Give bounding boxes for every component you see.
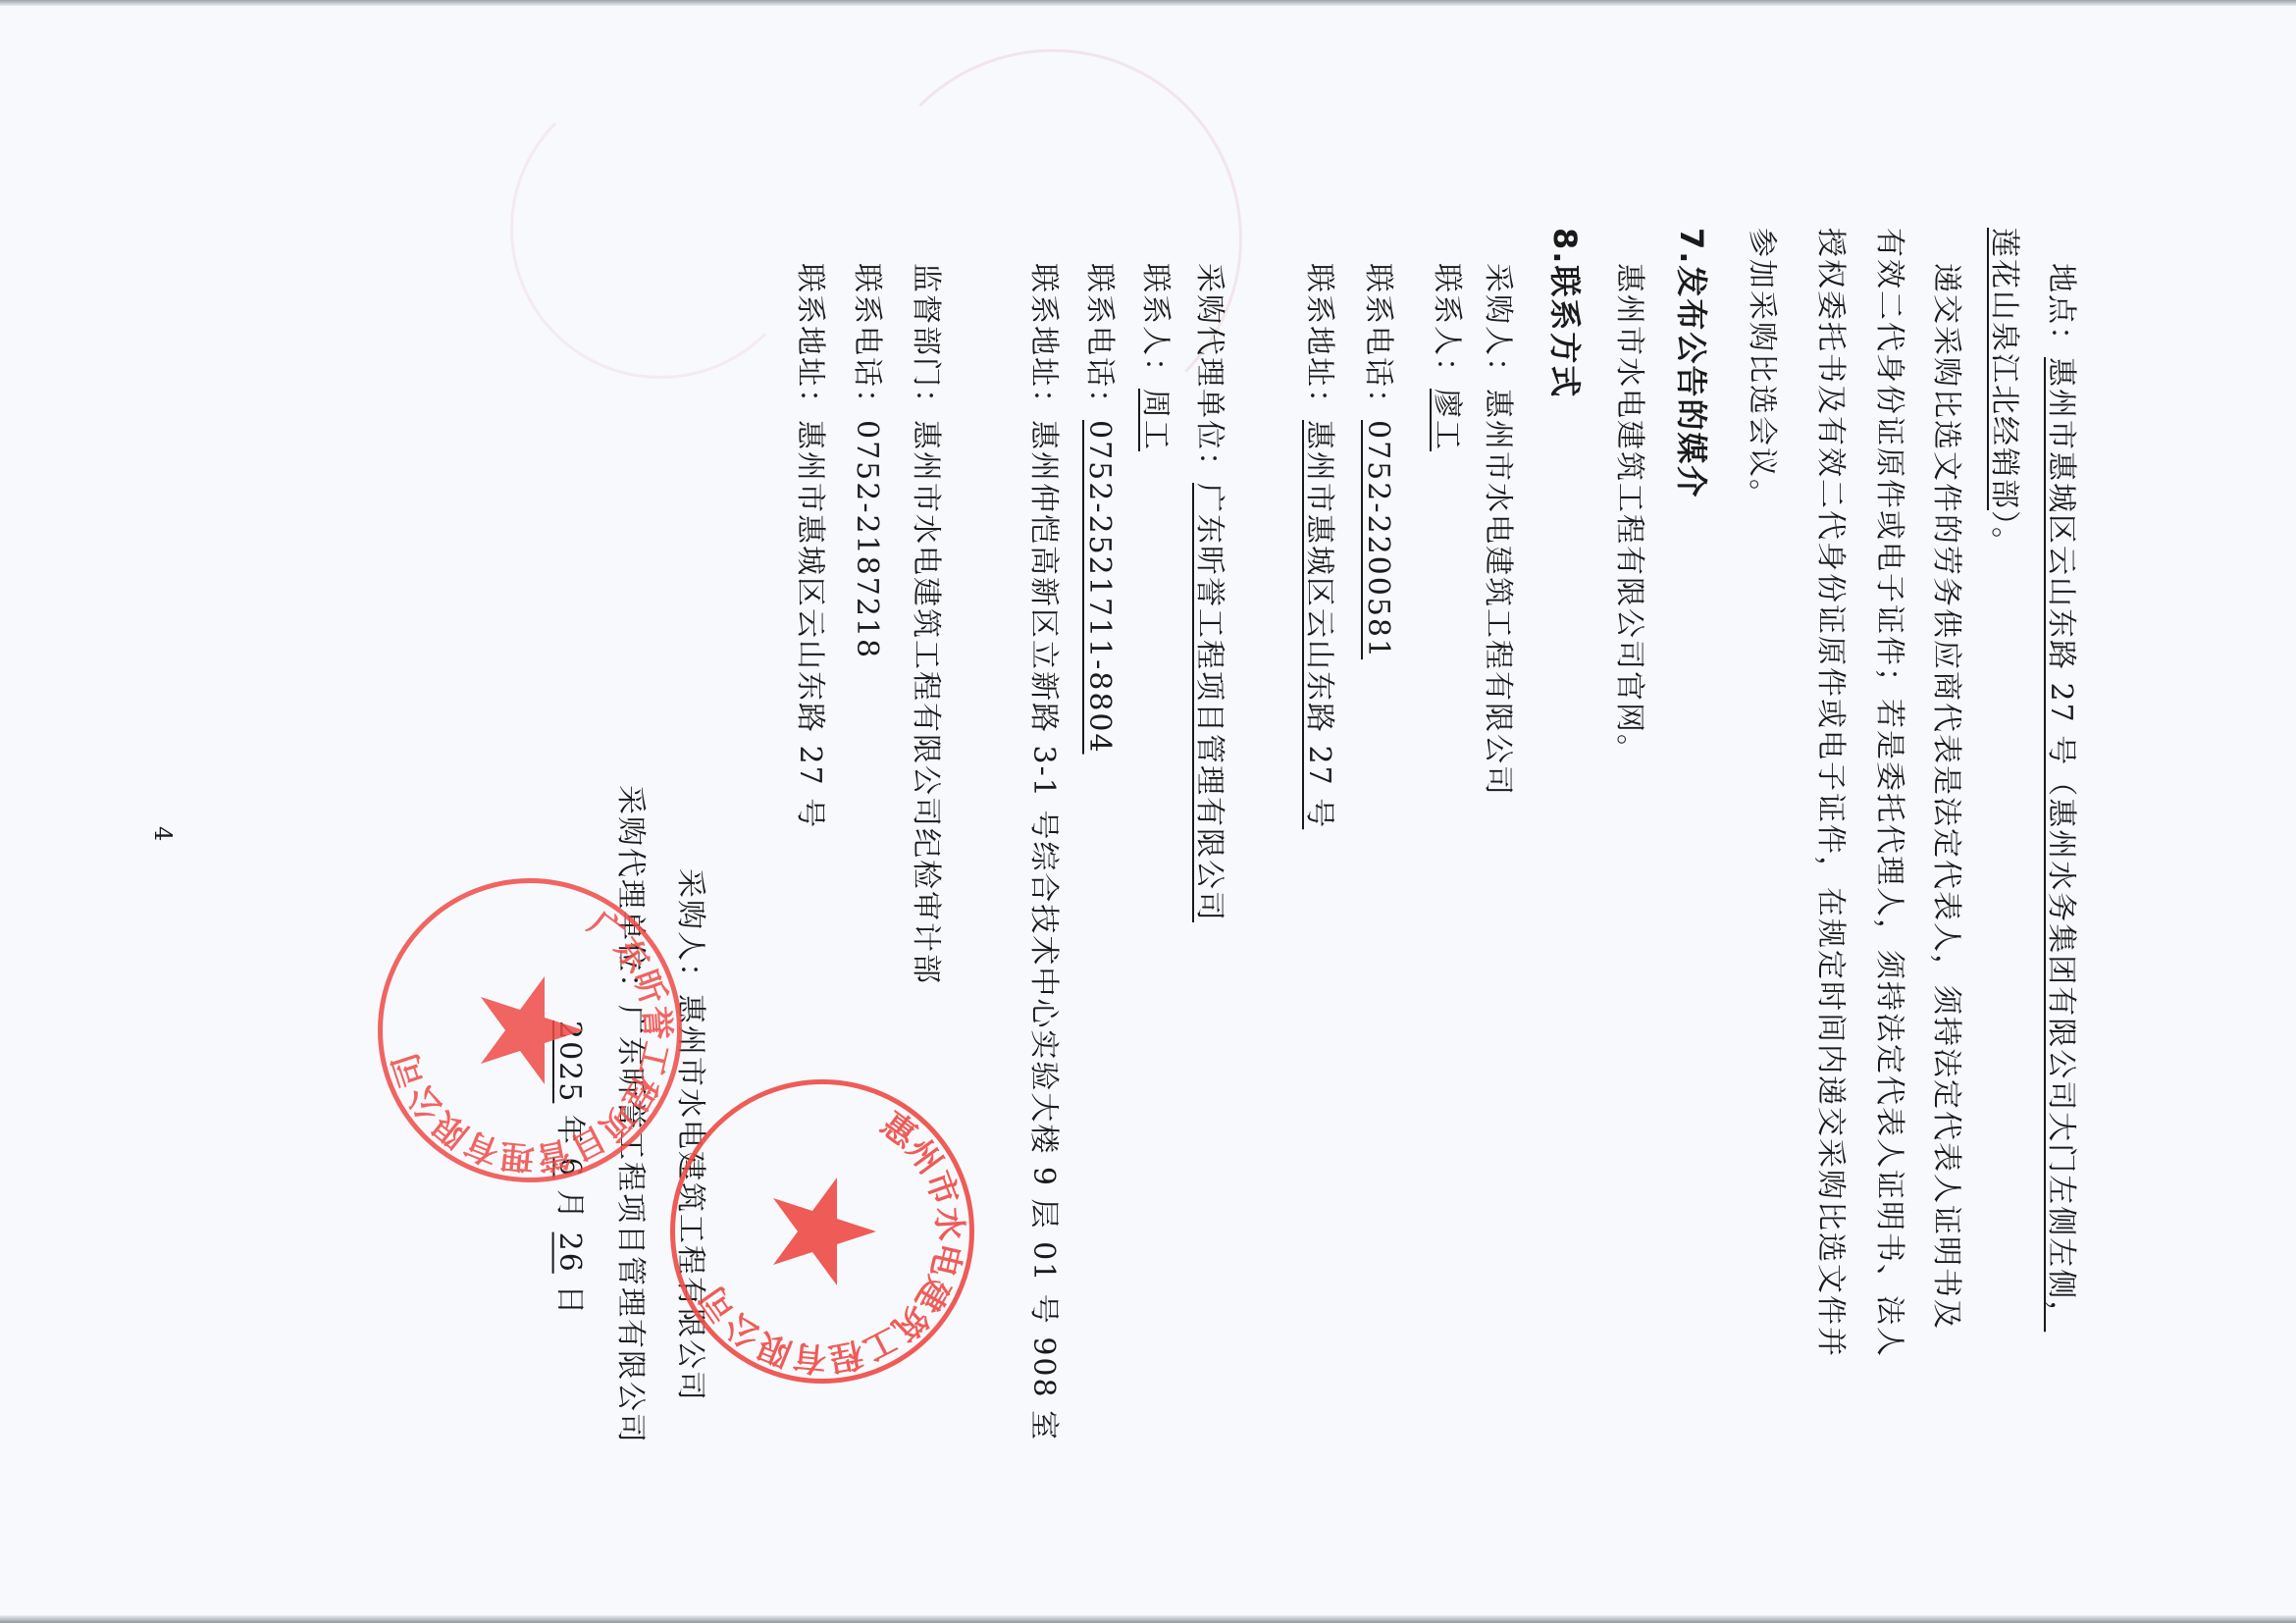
supervisor-address-label: 联系地址： — [793, 263, 827, 420]
submission-line-4: 参加采购比选会议。 — [1742, 228, 1781, 510]
star-icon — [773, 1178, 876, 1285]
agent-phone-row: 联系电话：0752-2521711-8804 — [1079, 263, 1119, 755]
submission-line-2: 有效二代身份证原件或电子证件；若是委托代理人，须持法定代表人证明书、法人 — [1869, 228, 1908, 1358]
supervisor-phone-row: 联系电话：0752-2187218 — [847, 263, 886, 659]
date-day-unit: 日 — [552, 1274, 587, 1317]
scan-edge-top — [0, 0, 2296, 6]
supervisor-address-row: 联系地址：惠州市惠城区云山东路 27 号 — [790, 263, 829, 829]
agent-label: 采购代理单位： — [1192, 263, 1226, 483]
scan-edge-bottom — [0, 1615, 2296, 1623]
purchaser-address-label: 联系地址： — [1302, 263, 1336, 420]
location-end: ）。 — [1987, 510, 2021, 558]
location-line1: 地点：惠州市惠城区云山东路 27 号（惠州水务集团有限公司大门左侧左侧， — [2041, 263, 2080, 1332]
agent-stamp: 广东昕誉工程项目管理有限公司 — [378, 878, 682, 1182]
purchaser-address: 惠州市惠城区云山东路 27 号 — [1302, 420, 1336, 829]
location-value-1: 惠州市惠城区云山东路 27 号（惠州水务集团有限公司大门左侧左侧， — [2044, 357, 2078, 1332]
date-day: 26 — [552, 1232, 587, 1274]
supervisor-row: 监督部门：惠州市水电建筑工程有限公司纪检审计部 — [906, 263, 945, 985]
submission-line-1: 递交采购比选文件的劳务供应商代表是法定代表人，须持法定代表人证明书及 — [1926, 263, 1965, 1331]
purchaser-row: 采购人：惠州市水电建筑工程有限公司 — [1478, 263, 1517, 797]
purchaser-address-row: 联系地址：惠州市惠城区云山东路 27 号 — [1299, 263, 1338, 829]
purchaser-phone-row: 联系电话：0752-2200581 — [1358, 263, 1397, 659]
supervisor-value: 惠州市水电建筑工程有限公司纪检审计部 — [909, 420, 943, 985]
purchaser-label: 采购人： — [1481, 263, 1515, 389]
purchaser-stamp: 惠州市水电建筑工程有限公司 — [670, 1079, 974, 1384]
supervisor-address: 惠州市惠城区云山东路 27 号 — [793, 420, 827, 829]
page-number: 4 — [149, 826, 177, 841]
agent-contact-label: 联系人： — [1138, 263, 1173, 389]
star-icon — [481, 976, 584, 1084]
supervisor-label: 监督部门： — [909, 263, 943, 420]
purchaser-stamp-graphic: 惠州市水电建筑工程有限公司 — [675, 1084, 969, 1379]
agent-contact: 周工 — [1138, 389, 1173, 451]
date-month-unit: 月 — [552, 1178, 587, 1232]
agent-address-row: 联系地址：惠州仲恺高新区立新路 3-1 号综合技术中心实验大楼 9 层 01 号… — [1023, 263, 1063, 1441]
submission-line-3: 授权委托书及有效二代身份证原件或电子证件，在规定时间内递交采购比选文件并 — [1810, 228, 1850, 1358]
purchaser-phone-label: 联系电话： — [1361, 263, 1395, 420]
purchaser-phone: 0752-2200581 — [1361, 420, 1395, 659]
agent-row: 采购代理单位：广东昕誉工程项目管理有限公司 — [1189, 263, 1228, 922]
agent-phone-label: 联系电话： — [1082, 263, 1117, 420]
agent-address-label: 联系地址： — [1026, 263, 1061, 420]
section7-text: 惠州市水电建筑工程有限公司官网。 — [1609, 263, 1648, 765]
faint-stamp-left — [510, 79, 810, 379]
location-value-2: 莲花山泉江北经销部 — [1987, 228, 2021, 510]
supervisor-phone-label: 联系电话： — [850, 263, 884, 420]
purchaser-contact: 廖工 — [1430, 389, 1464, 451]
section8-heading: 8.联系方式 — [1545, 228, 1585, 398]
agent-address: 惠州仲恺高新区立新路 3-1 号综合技术中心实验大楼 9 层 01 号 908 … — [1026, 420, 1061, 1441]
supervisor-phone: 0752-2187218 — [850, 420, 884, 659]
section7-heading: 7.发布公告的媒介 — [1672, 228, 1711, 498]
agent-phone: 0752-2521711-8804 — [1082, 420, 1117, 755]
purchaser-contact-row: 联系人：廖工 — [1427, 263, 1466, 451]
signature-purchaser-label: 采购人： — [673, 868, 707, 994]
agent-stamp-graphic: 广东昕誉工程项目管理有限公司 — [383, 883, 677, 1178]
purchaser-contact-label: 联系人： — [1430, 263, 1464, 389]
agent-contact-row: 联系人：周工 — [1135, 263, 1174, 451]
location-line2: 莲花山泉江北经销部）。 — [1984, 228, 2023, 558]
purchaser-value: 惠州市水电建筑工程有限公司 — [1481, 389, 1515, 797]
location-label: 地点： — [2044, 263, 2078, 357]
agent-value: 广东昕誉工程项目管理有限公司 — [1192, 483, 1226, 922]
